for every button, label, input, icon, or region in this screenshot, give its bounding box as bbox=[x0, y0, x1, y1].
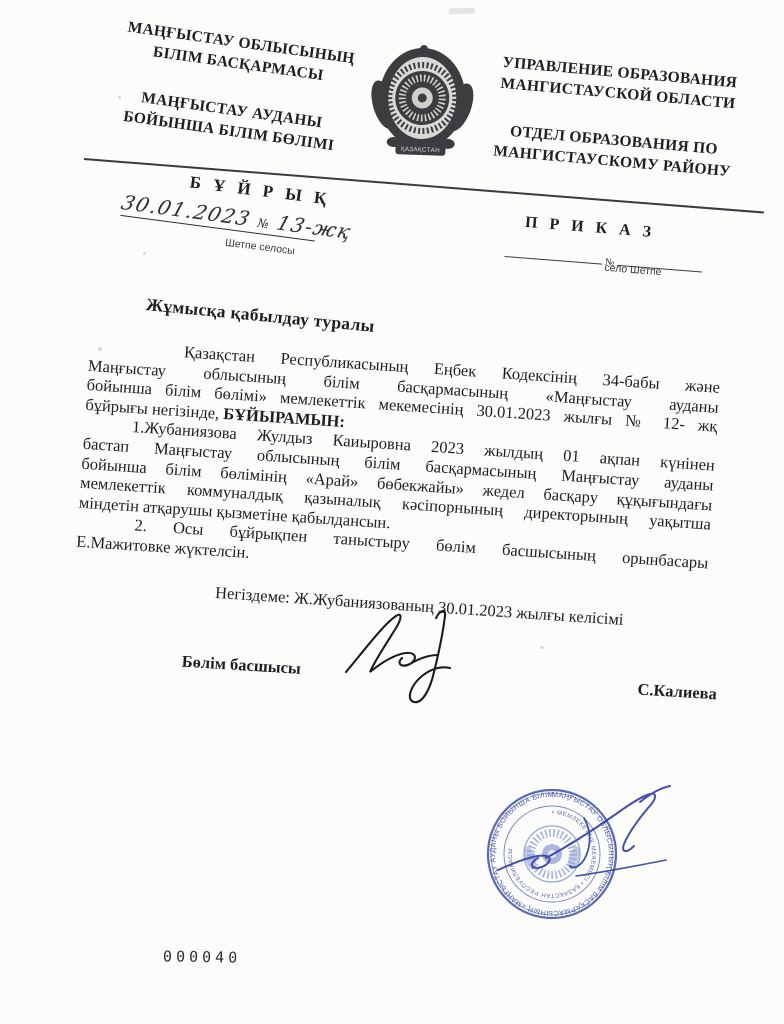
document-body: Қазақстан Республикасының Еңбек Кодексін… bbox=[73, 336, 721, 634]
signer-position: Бөлім басшысы bbox=[89, 646, 301, 679]
handwritten-order-no: 13-жқ bbox=[274, 211, 355, 244]
scanned-order-document: МАҢҒЫСТАУ ОБЛЫСЫНЫҢ БІЛІМ БАСҚАРМАСЫ МАҢ… bbox=[0, 0, 784, 1024]
handwritten-signature bbox=[338, 606, 488, 711]
document-serial-number: 000040 bbox=[163, 947, 241, 966]
official-round-stamp: МАҢҒЫСТАУ ОБЛЫСЫНЫҢ БІЛІМ БАСҚАРМАСЫНЫҢ … bbox=[480, 772, 680, 942]
scan-speck bbox=[540, 646, 544, 649]
order-title-russian: П Р И К А З bbox=[500, 212, 681, 244]
signer-name: С.Калиева bbox=[637, 680, 718, 705]
number-sign: № bbox=[255, 216, 271, 231]
org-name-russian: УПРАВЛЕНИЕ ОБРАЗОВАНИЯ МАНГИСТАУСКОЙ ОБЛ… bbox=[462, 49, 770, 185]
document-subject: Жұмысқа қабылдау туралы bbox=[145, 294, 376, 337]
emblem-banner-text: ҚАЗАҚСТАН bbox=[401, 146, 440, 154]
org-name-kazakh: МАҢҒЫСТАУ ОБЛЫСЫНЫҢ БІЛІМ БАСҚАРМАСЫ МАҢ… bbox=[100, 15, 371, 160]
scan-mark bbox=[449, 8, 475, 15]
scan-speck bbox=[143, 252, 146, 255]
